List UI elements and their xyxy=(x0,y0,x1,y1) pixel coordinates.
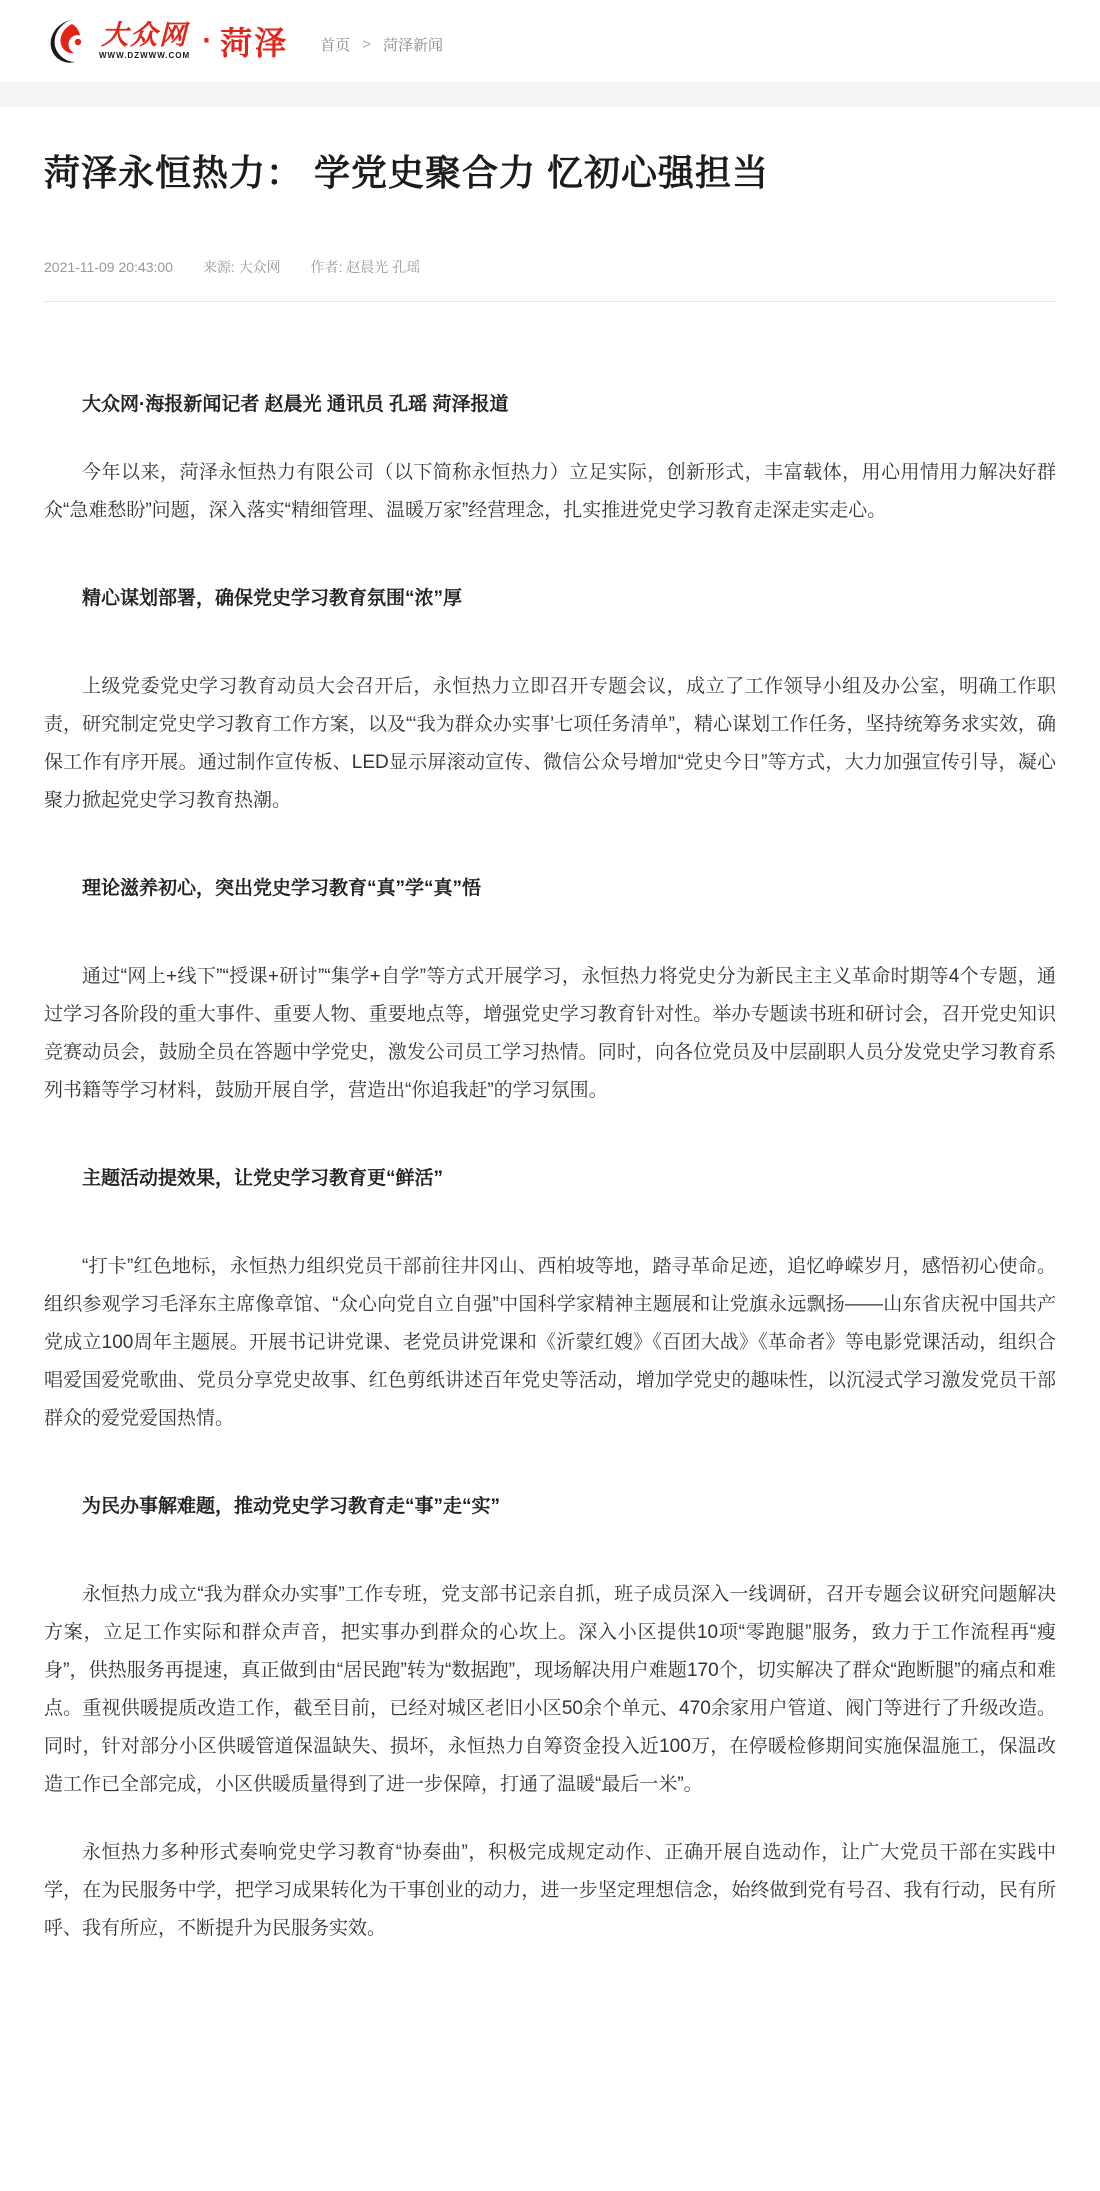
logo-dot-separator: · xyxy=(202,24,212,58)
logo-region-name: 菏泽 xyxy=(220,18,288,64)
article-source: 来源: 大众网 xyxy=(203,259,281,275)
breadcrumb-separator-icon: > xyxy=(362,36,371,53)
article-paragraph: 通过“网上+线下”“授课+研讨”“集学+自学”等方式开展学习，永恒热力将党史分为… xyxy=(44,958,1056,1110)
breadcrumb-current[interactable]: 菏泽新闻 xyxy=(383,34,443,55)
article-paragraph: “打卡”红色地标，永恒热力组织党员干部前往井冈山、西柏坡等地，踏寻革命足迹，追忆… xyxy=(44,1248,1056,1438)
article-paragraph: 今年以来，菏泽永恒热力有限公司（以下简称永恒热力）立足实际，创新形式，丰富载体，… xyxy=(44,454,1056,530)
logo-site-url: WWW.DZWWW.COM xyxy=(99,52,190,60)
site-header: 大众网 WWW.DZWWW.COM · 菏泽 首页 > 菏泽新闻 xyxy=(0,0,1100,82)
article-paragraph: 永恒热力多种形式奏响党史学习教育“协奏曲”，积极完成规定动作、正确开展自选动作，… xyxy=(44,1834,1056,1948)
header-divider-band xyxy=(0,82,1100,107)
article-paragraph: 上级党委党史学习教育动员大会召开后，永恒热力立即召开专题会议，成立了工作领导小组… xyxy=(44,668,1056,820)
site-logo[interactable]: 大众网 WWW.DZWWW.COM · 菏泽 xyxy=(45,17,288,65)
dzwww-flame-icon xyxy=(45,17,93,65)
section-heading: 为民办事解难题，推动党史学习教育走“事”走“实” xyxy=(44,1488,1056,1526)
section-heading: 主题活动提效果，让党史学习教育更“鲜活” xyxy=(44,1160,1056,1198)
article-container: 菏泽永恒热力： 学党史聚合力 忆初心强担当 2021-11-09 20:43:0… xyxy=(0,147,1100,1948)
article-title: 菏泽永恒热力： 学党史聚合力 忆初心强担当 xyxy=(44,147,1056,199)
breadcrumb: 首页 > 菏泽新闻 xyxy=(320,34,443,55)
article-body: 大众网·海报新闻记者 赵晨光 通讯员 孔瑶 菏泽报道今年以来，菏泽永恒热力有限公… xyxy=(44,302,1056,1948)
logo-brand-name: 大众网 xyxy=(101,22,188,49)
article-meta: 2021-11-09 20:43:00 来源: 大众网 作者: 赵晨光 孔瑶 xyxy=(44,257,1056,277)
article-paragraph: 永恒热力成立“我为群众办实事”工作专班，党支部书记亲自抓，班子成员深入一线调研，… xyxy=(44,1576,1056,1804)
publish-timestamp: 2021-11-09 20:43:00 xyxy=(44,259,173,275)
article-author: 作者: 赵晨光 孔瑶 xyxy=(311,259,421,275)
breadcrumb-home[interactable]: 首页 xyxy=(320,34,350,55)
section-heading: 理论滋养初心，突出党史学习教育“真”学“真”悟 xyxy=(44,870,1056,908)
logo-text: 大众网 WWW.DZWWW.COM xyxy=(99,22,190,60)
article-paragraph: 大众网·海报新闻记者 赵晨光 通讯员 孔瑶 菏泽报道 xyxy=(44,386,1056,424)
section-heading: 精心谋划部署，确保党史学习教育氛围“浓”厚 xyxy=(44,580,1056,618)
